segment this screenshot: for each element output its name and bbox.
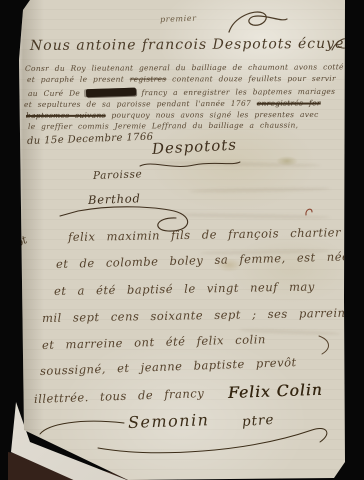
priest-signature-title: ptre	[241, 412, 275, 430]
struck-text: baptesmes suivans	[26, 111, 106, 120]
priest-signature: Semonin	[128, 410, 210, 432]
stain	[276, 156, 298, 166]
line-end-flourish-icon	[316, 334, 334, 356]
date-line: du 15e Decembre 1766	[27, 132, 154, 147]
godfather-signature: Felix Colin	[228, 381, 323, 402]
preamble-text: francy a enregistrer les baptemes mariag…	[136, 87, 336, 97]
preamble-text: et paraphé le present	[27, 75, 130, 84]
preamble-line: au Curé De francy a enregistrer les bapt…	[28, 86, 335, 98]
folio-label: premier	[160, 14, 197, 24]
baptism-line: et marreine ont été felix colin	[42, 332, 266, 352]
preamble-opening-line: Nous antoine francois Despotots écuyer	[30, 36, 352, 54]
manuscript-page: premier Nous antoine francois Despotots …	[0, 0, 364, 480]
ink-speck-icon	[304, 206, 314, 218]
preamble-text: Consr du Roy lieutenant general du baill…	[25, 62, 344, 73]
baptism-line: et de colombe boley sa femme, est née	[56, 249, 350, 271]
ink-blot	[86, 88, 136, 98]
preamble-text: et sepultures de sa paroisse pendant l'a…	[24, 99, 257, 109]
manuscript-scan: premier Nous antoine francois Despotots …	[0, 0, 364, 480]
baptism-line: mil sept cens soixante sept ; ses parrei…	[42, 306, 346, 325]
opening-flourish-icon	[330, 34, 354, 54]
despotots-signature: Despotots	[152, 136, 238, 158]
preamble-text: pourquoy nous avons signé les presentes …	[106, 110, 319, 120]
preamble-line: baptesmes suivans pourquoy nous avons si…	[26, 110, 319, 120]
preamble-line: et paraphé le present registres contenan…	[27, 74, 336, 84]
preamble-line: Consr du Roy lieutenant general du baill…	[25, 62, 344, 73]
signature-underline-flourish-icon	[138, 158, 242, 172]
struck-text: registres	[130, 75, 167, 84]
baptism-margin-note: Bapt	[0, 233, 29, 256]
struck-text: enregistrés fer	[257, 98, 321, 107]
preamble-text: contenant douze feuillets pour servir	[166, 74, 335, 84]
preamble-line: le greffier commis Jeremie Leffrand du b…	[28, 121, 298, 131]
parish-label: Paroisse	[93, 168, 143, 182]
preamble-line: et sepultures de sa paroisse pendant l'a…	[24, 98, 321, 109]
baptism-line: illettrée. tous de francy	[34, 386, 205, 406]
preamble-text: au Curé De	[28, 89, 86, 98]
show-through-mark	[190, 187, 330, 193]
preamble-text: le greffier commis Jeremie Leffrand du b…	[28, 121, 298, 131]
baptism-line: soussigné, et jeanne baptiste prevôt	[40, 355, 297, 378]
baptism-line: et a été baptisé le vingt neuf may	[54, 279, 315, 298]
paraph-flourish-icon	[226, 7, 290, 37]
